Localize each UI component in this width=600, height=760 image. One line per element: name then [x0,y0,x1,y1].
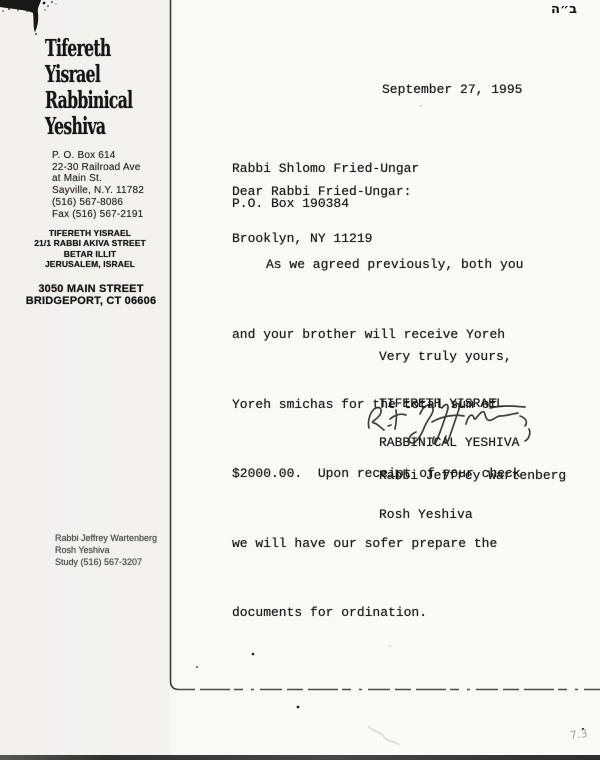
signer-block: Rabbi Jeffrey Wartenberg Rosh Yeshiva [379,443,566,547]
letterhead-name: Tifereth Yisrael Rabbinical Yeshiva [45,36,174,140]
hebrew-bh-mark: ב״ה [551,2,577,17]
pencil-squiggle [368,726,399,745]
israel-address-stamp: TIFERETH YISRAEL 21/1 RABBI AKIVA STREET… [15,228,165,270]
scanner-edge-strip [0,755,600,760]
closing: Very truly yours, [379,349,512,364]
letterhead-contact: Rabbi Jeffrey Wartenberg Rosh Yeshiva St… [55,533,157,568]
contact-line: Rabbi Jeffrey Wartenberg [55,533,157,545]
bridgeport-address: 3050 MAIN STREET BRIDGEPORT, CT 06606 [16,284,166,308]
signer-name: Rabbi Jeffrey Wartenberg [379,469,566,482]
salutation: Dear Rabbi Fried-Ungar: [232,184,411,199]
letterhead-address: P. O. Box 614 22-30 Railroad Ave at Main… [52,150,144,220]
letterhead-address-line: Fax (516) 567-2191 [52,209,144,221]
israel-stamp-line: JERUSALEM, ISRAEL [15,259,165,269]
letterhead-address-line: (516) 567-8086 [52,197,144,209]
israel-stamp-line: BETAR ILLIT [15,249,165,259]
letterhead-name-line: Yisrael [45,62,132,88]
scanned-letter-page: ב״ה Tifereth Yisrael Rabbinical Yeshiva … [0,0,600,760]
contact-line: Rosh Yeshiva [55,545,157,557]
letterhead-name-line: Tifereth [45,36,132,62]
signer-title: Rosh Yeshiva [379,508,566,521]
body-line: and your brother will receive Yoreh [232,323,523,346]
letter-date: September 27, 1995 [382,82,522,97]
israel-stamp-line: 21/1 RABBI AKIVA STREET [15,238,165,248]
contact-line: Study (516) 567-3207 [55,557,157,569]
letterhead-name-line: Rabbinical [45,88,132,114]
recipient-line: Rabbi Shlomo Fried-Ungar [232,163,419,175]
pencil-note: 7.3 [569,727,588,742]
body-line: As we agreed previously, both you [232,253,523,276]
body-line: documents for ordination. [232,601,523,624]
letterhead-address-line: P. O. Box 614 [52,150,144,162]
bridgeport-address-line: BRIDGEPORT, CT 06606 [16,296,166,308]
letterhead-name-line: Yeshiva [45,114,132,140]
letterhead-address-line: at Main St. [52,173,144,185]
scan-smudge [0,0,70,40]
israel-stamp-line: TIFERETH YISRAEL [15,228,165,238]
letterhead-address-line: Sayville, N.Y. 11782 [52,185,144,197]
letterhead-address-line: 22-30 Railroad Ave [52,162,144,174]
